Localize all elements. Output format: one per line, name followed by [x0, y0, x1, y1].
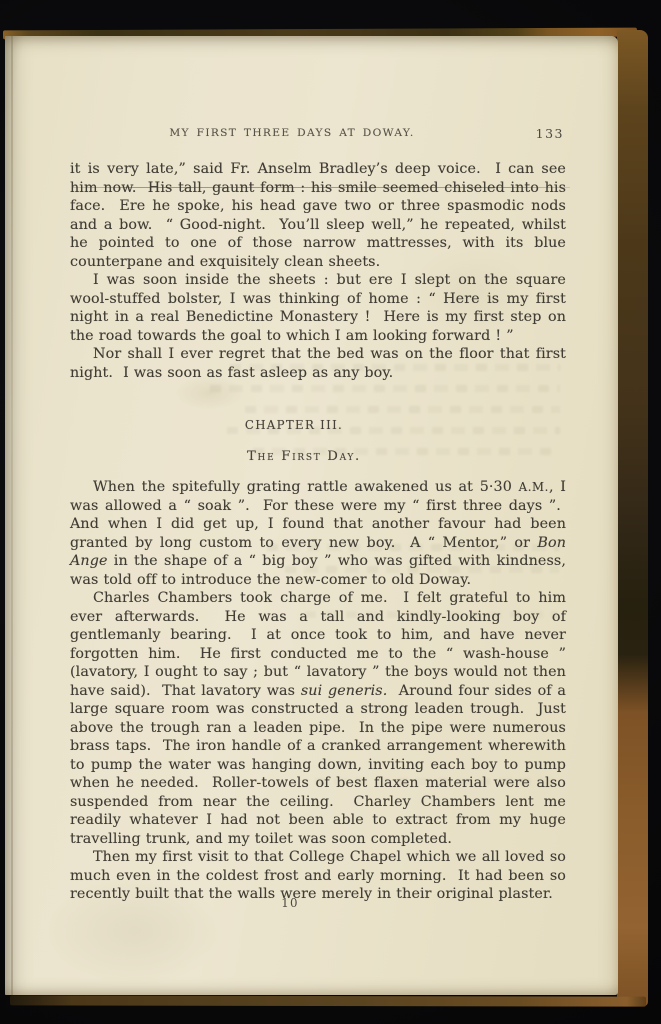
text-segment: it is very late,” said Fr. Anselm Bradle… — [70, 161, 566, 270]
paragraph: it is very late,” said Fr. Anselm Bradle… — [70, 160, 566, 271]
book-page: MY FIRST THREE DAYS AT DOWAY. 133 it is … — [5, 36, 618, 995]
text-column: it is very late,” said Fr. Anselm Bradle… — [70, 160, 566, 904]
page-number: 133 — [536, 126, 564, 141]
paragraph: When the spitefully grating rattle awake… — [70, 478, 566, 589]
text-segment: Nor shall I ever regret that the bed was… — [70, 346, 566, 381]
signature-number: 10 — [42, 896, 538, 910]
section-subheading: The First Day. — [56, 449, 552, 464]
text-segment: When the spitefully grating rattle awake… — [93, 479, 519, 495]
text-segment: A.M. — [519, 480, 549, 494]
book-cover-right-edge — [617, 30, 648, 1006]
text-segment: sui generis. — [301, 683, 388, 699]
text-segment: Around four sides of a large square room… — [70, 683, 566, 847]
text-segment: I was soon inside the sheets : but ere I… — [70, 272, 566, 344]
text-segment: Then my first visit to that College Chap… — [70, 849, 566, 902]
chapter-heading: CHAPTER III. — [46, 418, 542, 432]
paragraph: I was soon inside the sheets : but ere I… — [70, 271, 566, 345]
paragraph: Nor shall I ever regret that the bed was… — [70, 345, 566, 382]
book-cover-bottom-edge — [10, 995, 646, 1006]
text-segment: in the shape of a “ big boy ” who was gi… — [70, 553, 566, 588]
scan-canvas: MY FIRST THREE DAYS AT DOWAY. 133 it is … — [0, 0, 661, 1024]
running-header: MY FIRST THREE DAYS AT DOWAY. 133 — [70, 127, 566, 143]
paragraph: Charles Chambers took charge of me. I fe… — [70, 589, 566, 848]
running-title: MY FIRST THREE DAYS AT DOWAY. — [44, 127, 540, 139]
